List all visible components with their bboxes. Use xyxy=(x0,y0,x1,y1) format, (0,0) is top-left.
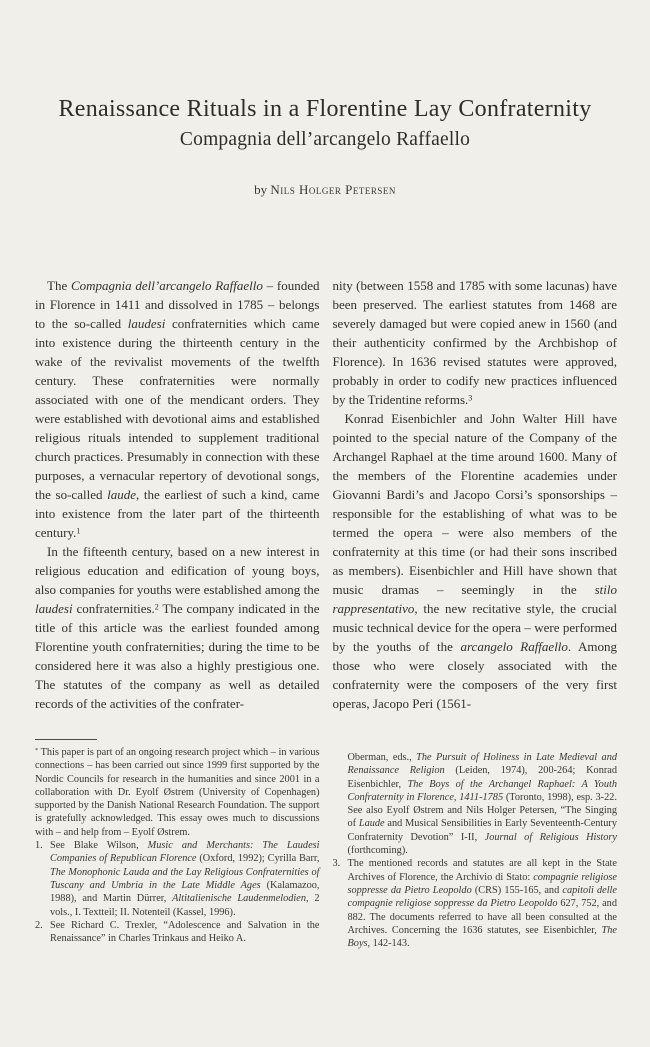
byline: by Nils Holger Petersen xyxy=(0,182,650,198)
italic-text: laudesi xyxy=(35,601,73,616)
body-paragraph: In the fifteenth century, based on a new… xyxy=(35,542,320,713)
author-name: Nils Holger Petersen xyxy=(270,182,396,197)
footnote-marker: 3. xyxy=(333,857,341,870)
text-run: In the fifteenth century, based on a new… xyxy=(35,544,320,597)
text-run: (CRS) 155-165, and xyxy=(472,885,563,896)
paper-page: Renaissance Rituals in a Florentine Lay … xyxy=(0,0,650,1047)
text-run: Oberman, eds., xyxy=(348,752,417,763)
footnote-area: * This paper is part of an ongoing resea… xyxy=(35,739,617,950)
byline-prefix: by xyxy=(254,182,270,197)
paper-title: Renaissance Rituals in a Florentine Lay … xyxy=(0,96,650,123)
text-run: (Oxford, 1992); Cyrilla Barr, xyxy=(197,853,320,864)
footnote: * This paper is part of an ongoing resea… xyxy=(35,746,320,839)
italic-text: laudesi xyxy=(128,316,166,331)
italic-text: Altitalienische Laudenmelodien xyxy=(172,893,306,904)
text-run: See Blake Wilson, xyxy=(50,840,148,851)
text-run: The company indicated in the title of th… xyxy=(35,601,320,711)
article-body: The Compagnia dell’arcangelo Raffaello –… xyxy=(35,276,617,713)
italic-text: Journal of Religious History xyxy=(485,832,617,843)
footnote-separator-rule xyxy=(35,739,97,740)
footnote-list-left: * This paper is part of an ongoing resea… xyxy=(35,746,320,945)
footnote: 1.See Blake Wilson, Music and Merchants:… xyxy=(35,839,320,919)
text-run: Konrad Eisenbichler and John Walter Hill… xyxy=(333,411,618,597)
footnote-marker: * xyxy=(35,747,38,754)
italic-text: arcangelo Raffaello xyxy=(460,639,567,654)
text-run: confraternities. xyxy=(73,601,155,616)
text-run: This paper is part of an ongoing researc… xyxy=(35,747,320,838)
footnote-marker: 1. xyxy=(35,839,43,852)
footnote-column-right: Oberman, eds., The Pursuit of Holiness i… xyxy=(333,739,618,950)
italic-text: laude xyxy=(107,487,136,502)
text-run: confraternities which came into existenc… xyxy=(35,316,320,502)
body-paragraph: The Compagnia dell’arcangelo Raffaello –… xyxy=(35,276,320,542)
text-run: See Richard C. Trexler, “Adolescence and… xyxy=(50,920,320,944)
italic-text: Laude xyxy=(359,818,385,829)
body-column-right: nity (between 1558 and 1785 with some la… xyxy=(333,276,618,713)
body-paragraph: Konrad Eisenbichler and John Walter Hill… xyxy=(333,409,618,713)
text-run: nity (between 1558 and 1785 with some la… xyxy=(333,278,618,407)
text-run: , 142-143. xyxy=(368,938,410,949)
footnote: 3.The mentioned records and statutes are… xyxy=(333,857,618,950)
footnote-list-right: Oberman, eds., The Pursuit of Holiness i… xyxy=(333,751,618,950)
footnote: 2.See Richard C. Trexler, “Adolescence a… xyxy=(35,919,320,946)
body-column-left: The Compagnia dell’arcangelo Raffaello –… xyxy=(35,276,320,713)
body-paragraph: nity (between 1558 and 1785 with some la… xyxy=(333,276,618,409)
footnote: Oberman, eds., The Pursuit of Holiness i… xyxy=(333,751,618,857)
footnote-marker: 2. xyxy=(35,919,43,932)
paper-subtitle: Compagnia dell’arcangelo Raffaello xyxy=(0,129,650,151)
text-run: The xyxy=(47,278,71,293)
paper-header: Renaissance Rituals in a Florentine Lay … xyxy=(0,96,650,198)
footnote-column-left: * This paper is part of an ongoing resea… xyxy=(35,739,320,950)
text-run: (forthcoming). xyxy=(348,845,408,856)
italic-text: Compagnia dell’arcangelo Raffaello xyxy=(71,278,263,293)
footnote-reference: 3 xyxy=(468,393,472,402)
footnote-reference: 1 xyxy=(76,526,80,535)
